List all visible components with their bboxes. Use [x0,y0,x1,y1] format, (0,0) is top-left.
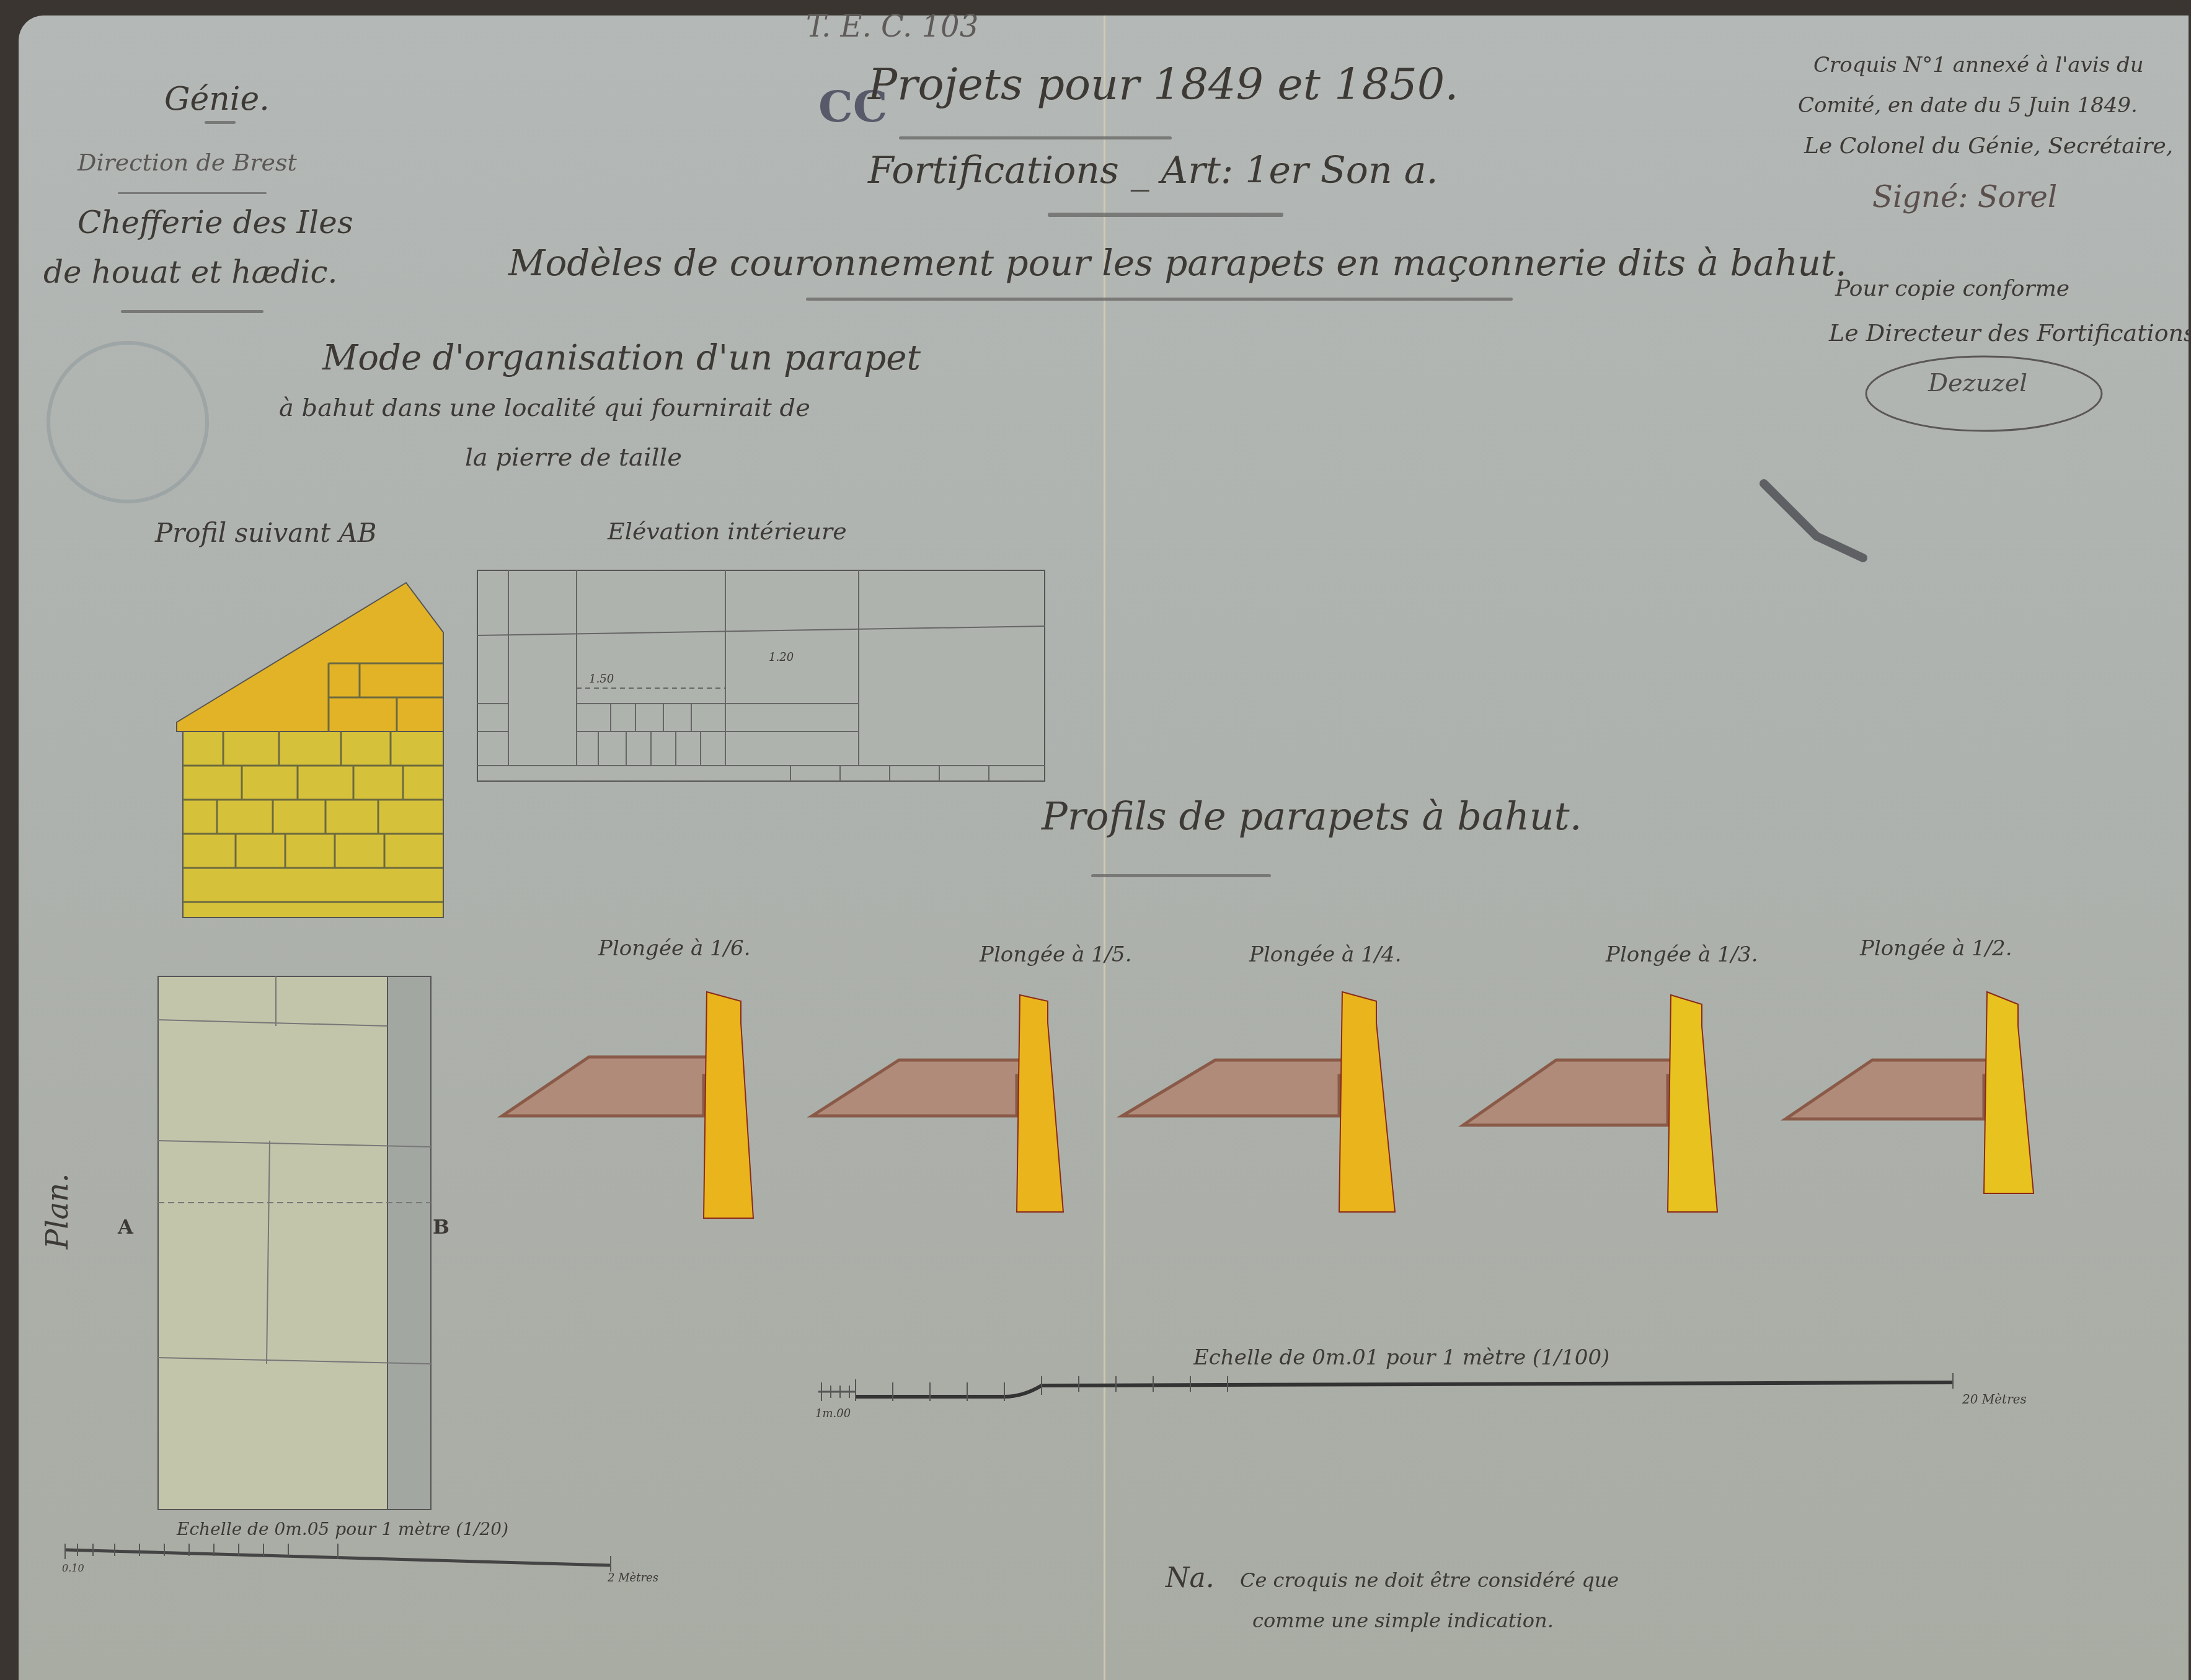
profile-5 [1786,992,2034,1193]
elevation-dim-1: 1.50 [589,673,614,686]
annex-line1: Croquis N°1 annexé à l'avis du [1813,53,2144,77]
profile-1 [502,992,753,1218]
ink-mark [1742,459,1903,570]
divider [205,121,236,124]
plan-point-b: B [433,1215,449,1239]
elevation-label: Elévation intérieure [608,518,847,545]
divider [118,192,267,194]
plan-drawing [158,973,434,1519]
profile-ab-label: Profil suivant AB [155,518,377,548]
mode-line2: à bahut dans une localité qui fournirait… [279,394,810,422]
small-scale-bar [65,1541,623,1578]
profile-5-label: Plongée à 1/2. [1860,936,2012,961]
profile-1-label: Plongée à 1/6. [598,936,751,961]
director-line: Le Directeur des Fortifications [1829,319,2191,347]
main-scale-bar [818,1373,1984,1423]
profiles-title: Profils de parapets à bahut. [1042,794,1582,839]
small-scale-left-end: 0.10 [62,1562,84,1574]
service-label: Génie. [164,81,270,118]
divider [121,310,263,313]
signature-flourish [1829,350,2139,443]
mode-line3: la pierre de taille [465,443,682,472]
profile-3 [1122,992,1395,1212]
main-title: Modèles de couronnement pour les parapet… [508,242,1847,284]
profile-2-label: Plongée à 1/5. [980,942,1132,967]
annex-line3: Le Colonel du Génie, Secrétaire, [1804,133,2173,159]
elevation-dim-2: 1.20 [769,651,794,664]
divider [1048,213,1283,217]
small-scale-right-end: 2 Mètres [608,1572,658,1585]
main-scale-right-end: 20 Mètres [1962,1392,2027,1407]
plan-point-a: A [118,1215,133,1239]
profile-ab-drawing [155,567,453,939]
chefferie-line1: Chefferie des Iles [77,205,353,241]
drawing-sheet: Génie. Direction de Brest Chefferie des … [19,15,2189,1680]
profile-2 [812,995,1063,1212]
copy-line: Pour copie conforme [1835,276,2069,301]
title-fortifications: Fortifications _ Art: 1er Son a. [868,149,1438,192]
profile-4-label: Plongée à 1/3. [1606,942,1758,967]
profile-4 [1463,995,1717,1212]
divider [806,298,1513,301]
note-line1: Ce croquis ne doit être considéré que [1240,1568,1619,1592]
main-scale-left-end: 1m.00 [815,1407,851,1420]
annex-signed: Signé: Sorel [1872,180,2057,214]
mode-line1: Mode d'organisation d'un parapet [322,338,921,378]
note-line2: comme une simple indication. [1252,1609,1554,1632]
direction-label: Direction de Brest [77,149,297,176]
archive-stamp [46,341,209,503]
divider [1091,874,1271,877]
plan-label: Plan. [40,1174,75,1249]
profiles-drawing [502,989,2114,1249]
note-prefix: Na. [1166,1562,1215,1594]
reference-number: T. E. C. 103 [806,9,978,44]
elevation-drawing [468,558,1063,794]
annex-line2: Comité, en date du 5 Juin 1849. [1798,93,2138,118]
divider [899,136,1172,139]
chefferie-line2: de houat et hædic. [43,254,337,290]
title-projects: Projets pour 1849 et 1850. [868,59,1459,110]
small-scale-label: Echelle de 0m.05 pour 1 mètre (1/20) [177,1519,508,1539]
main-scale-label: Echelle de 0m.01 pour 1 mètre (1/100) [1193,1345,1609,1370]
profile-3-label: Plongée à 1/4. [1249,942,1402,967]
